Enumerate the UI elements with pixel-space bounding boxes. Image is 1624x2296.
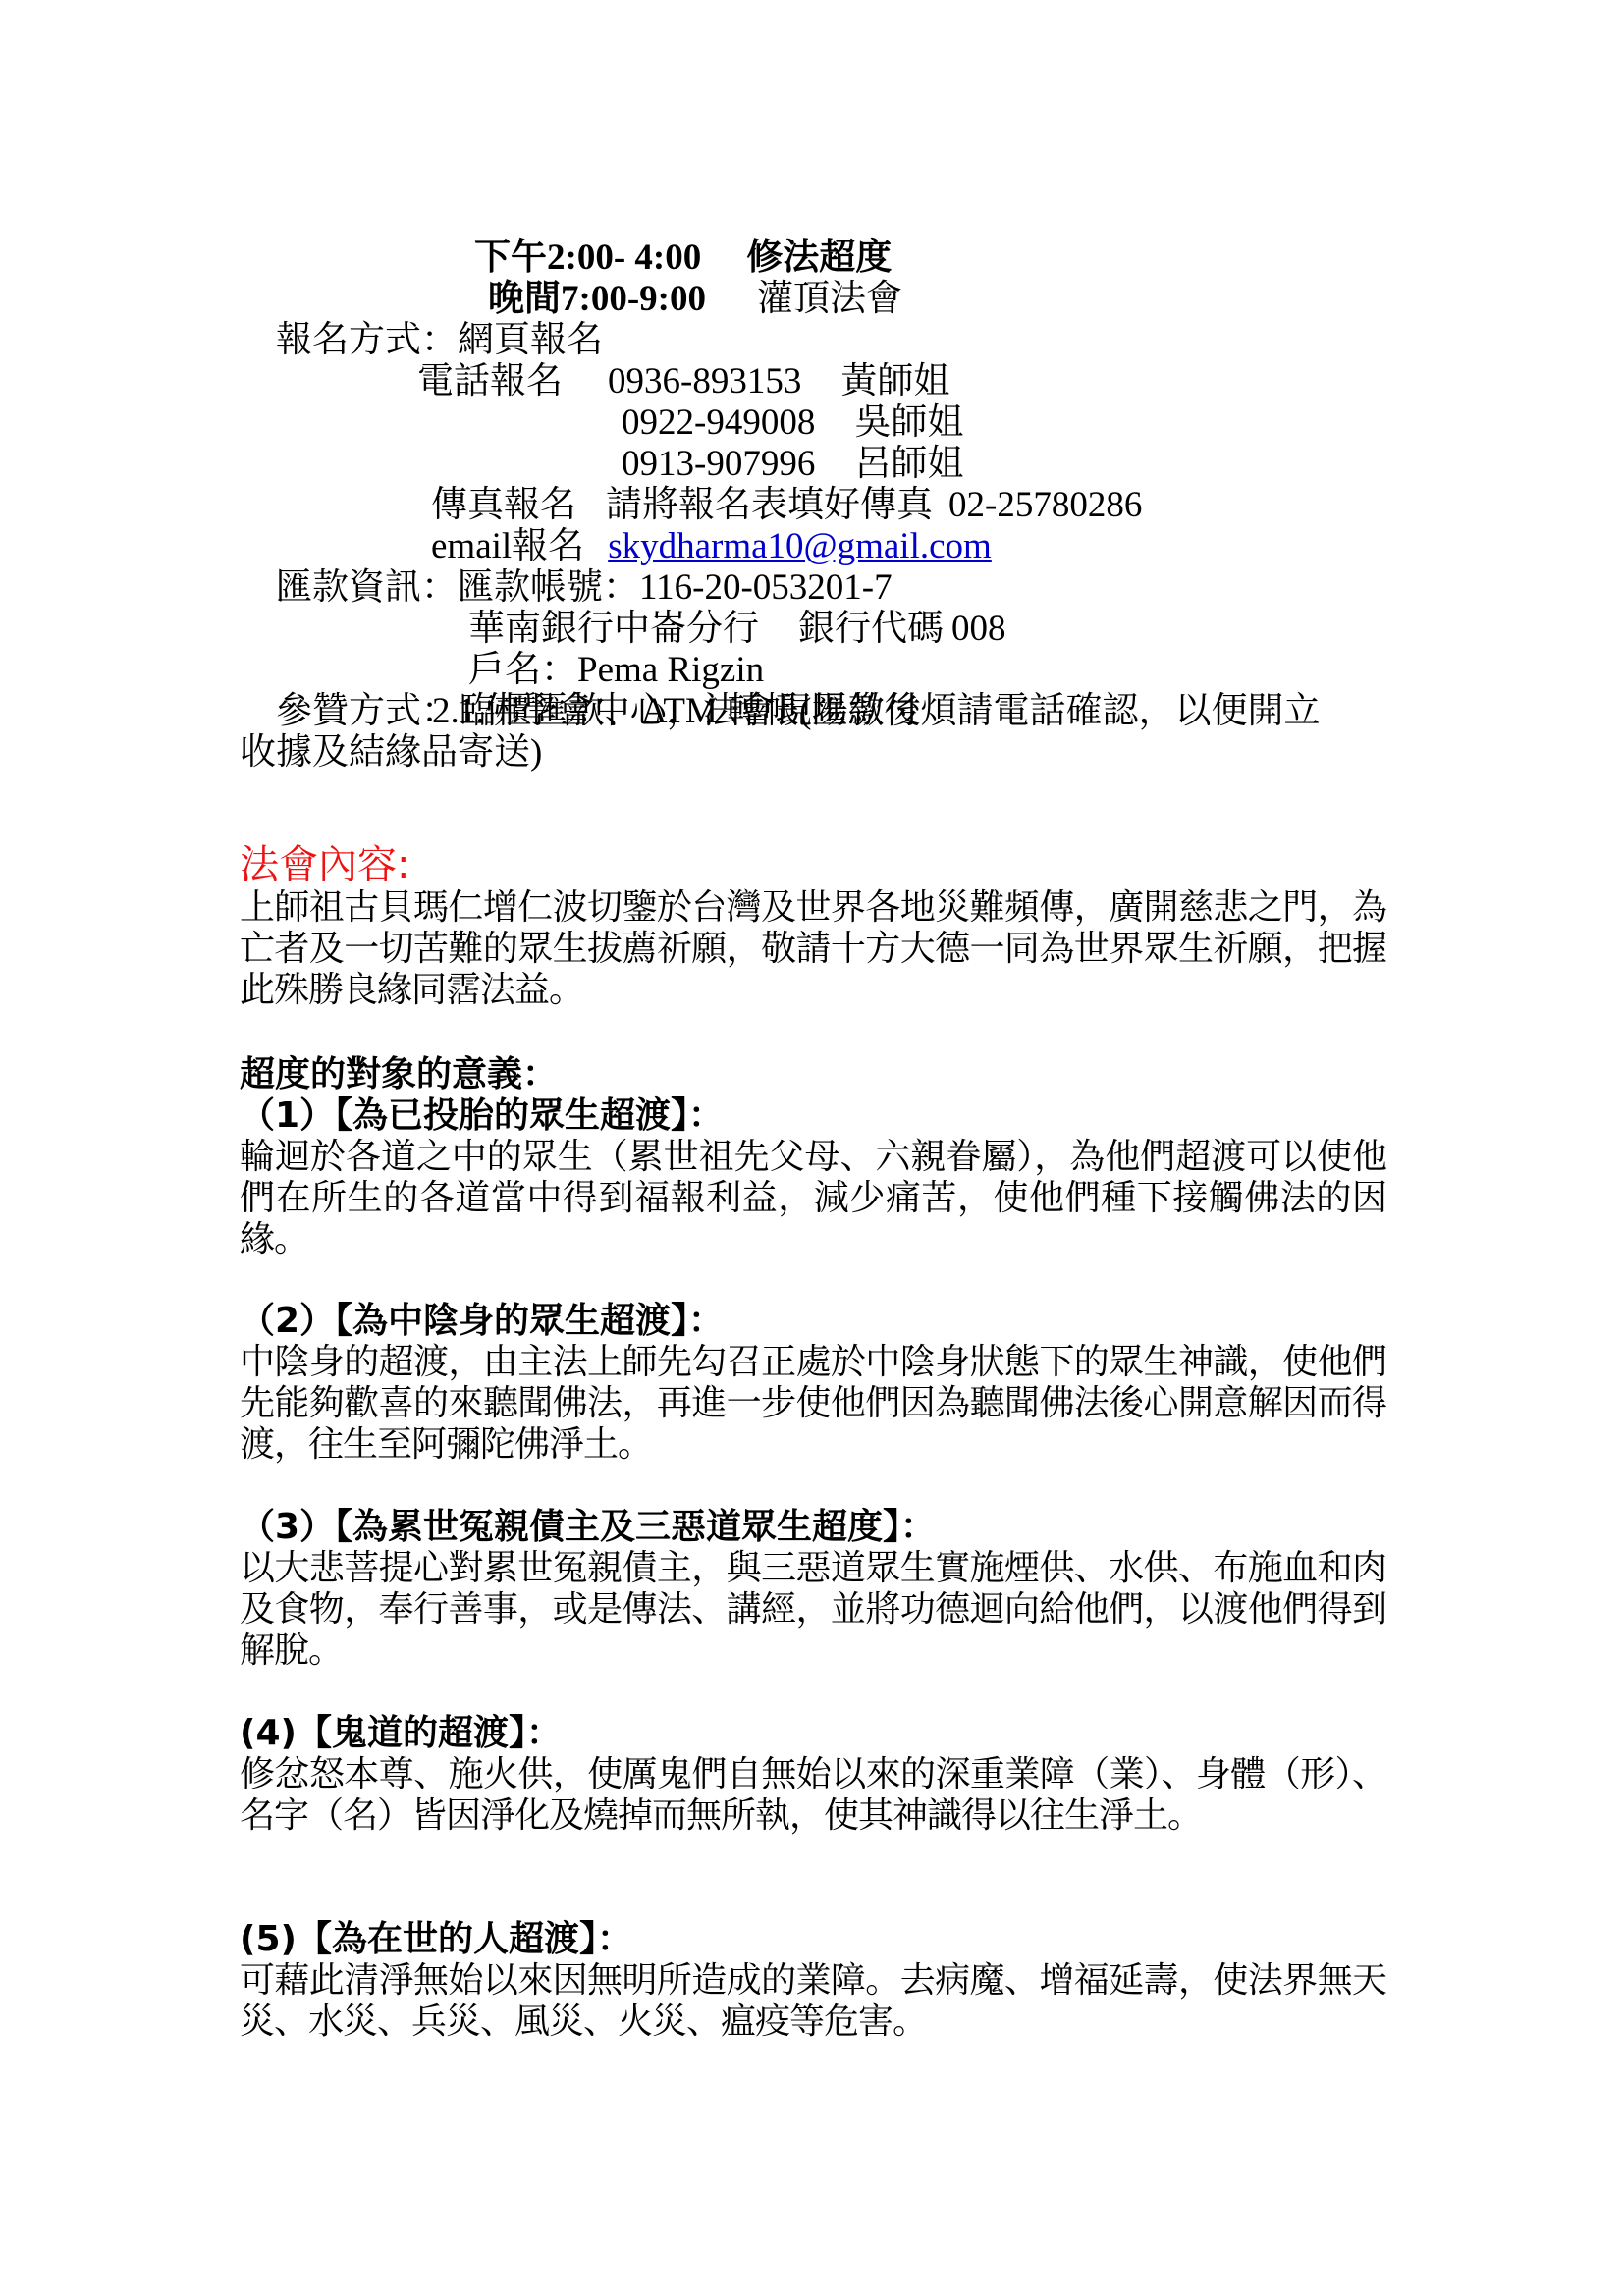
section-body-3: 以大悲菩提心對累世冤親債主，與三惡道眾生實施煙供、水供、布施血和肉及食物，奉行善… [240, 1548, 1386, 1672]
section-heading-5: (5)【為在世的人超渡】： [240, 1919, 632, 1960]
payment-option-2-cont: 收據及結緣品寄送) [240, 732, 542, 774]
meaning-heading: 超度的對象的意義： [240, 1054, 558, 1095]
bank-code: 008 [951, 609, 1006, 649]
section-body-1: 輪迴於各道之中的眾生（累世祖先父母、六親眷屬），為他們超渡可以使他們在所生的各道… [240, 1137, 1386, 1260]
evening-event: 灌頂法會 [757, 279, 902, 319]
section-body-2: 中陰身的超渡，由主法上師先勾召正處於中陰身狀態下的眾生神識，使他們先能夠歡喜的來… [240, 1342, 1386, 1466]
section-body-4: 修忿怒本尊、施火供，使厲鬼們自無始以來的深重業障（業）、身體（形）、名字（名）皆… [240, 1754, 1386, 1837]
document-page: 下午2:00- 4:00修法超度 晚間7:00-9:00灌頂法會 報名方式：網頁… [0, 0, 1624, 2296]
section-heading-1: （1）【為已投胎的眾生超渡】： [240, 1095, 724, 1137]
section-title: 法會內容: [240, 844, 409, 885]
section-body-5: 可藉此清淨無始以來因無明所造成的業障。去病魔、增福延壽，使法界無天災、水災、兵災… [240, 1960, 1386, 2043]
section-heading-3: （3）【為累世冤親債主及三惡道眾生超度】： [240, 1507, 936, 1548]
phone-label: 電話報名 [417, 361, 563, 401]
intro-paragraph: 上師祖古貝瑪仁增仁波切鑒於台灣及世界各地災難頻傳，廣開慈悲之門，為亡者及一切苦難… [240, 887, 1386, 1011]
section-heading-2: （2）【為中陰身的眾生超渡】： [240, 1301, 724, 1342]
payment-label: 參贊方式： [276, 691, 458, 731]
remittance-label: 匯款資訊： [276, 567, 458, 608]
payment-option-2: 2.臨櫃匯款、ATM 轉帳(匯款後煩請電話確認，以便開立 [432, 691, 1320, 732]
section-heading-4: (4)【鬼道的超渡】： [240, 1713, 562, 1754]
bank-code-label: 銀行代碼 [798, 609, 944, 649]
